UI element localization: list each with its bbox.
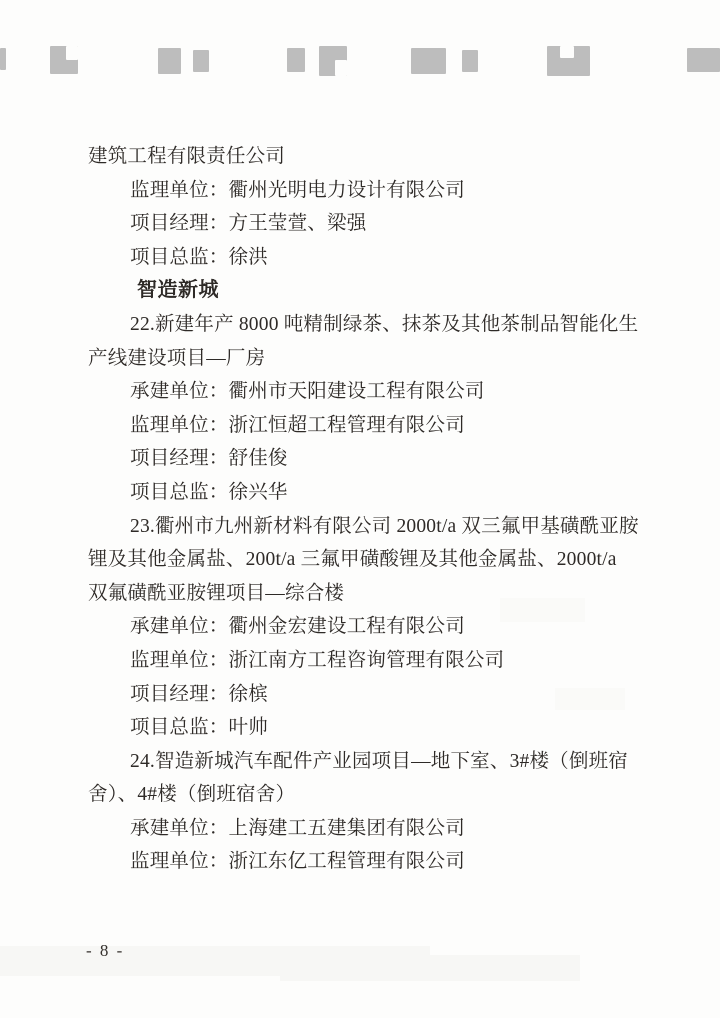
scan-artifact-mark <box>687 48 720 72</box>
scan-artifact-mark <box>287 48 305 72</box>
scan-artifact-mark <box>193 50 209 72</box>
section-header: 智造新城 <box>88 274 673 308</box>
document-line: 建筑工程有限责任公司 <box>88 140 673 174</box>
document-line: 项目经理：方王莹萱、梁强 <box>88 207 673 241</box>
document-line: 项目总监：徐兴华 <box>88 476 673 510</box>
document-line: 项目总监：叶帅 <box>88 711 673 745</box>
scan-artifact-mark <box>66 46 78 60</box>
scan-artifact-mark <box>560 46 574 58</box>
document-line: 舍）、4#楼（倒班宿舍） <box>88 778 673 812</box>
document-line: 22.新建年产 8000 吨精制绿茶、抹茶及其他茶制品智能化生 <box>88 308 673 342</box>
scan-artifact-mark <box>462 50 478 72</box>
scan-artifact-mark <box>411 48 446 74</box>
document-line: 双氟磺酰亚胺锂项目—综合楼 <box>88 577 673 611</box>
document-line: 产线建设项目—厂房 <box>88 342 673 376</box>
document-line: 承建单位：衢州市天阳建设工程有限公司 <box>88 375 673 409</box>
scan-artifact-mark <box>0 48 6 70</box>
scanned-document-page: 建筑工程有限责任公司监理单位：衢州光明电力设计有限公司项目经理：方王莹萱、梁强项… <box>0 0 720 1018</box>
document-line: 23.衢州市九州新材料有限公司 2000t/a 双三氟甲基磺酰亚胺 <box>88 510 673 544</box>
scan-smudge <box>280 955 580 981</box>
document-line: 锂及其他金属盐、200t/a 三氟甲磺酸锂及其他金属盐、2000t/a <box>88 543 673 577</box>
scan-artifact-mark <box>335 60 347 76</box>
document-line: 监理单位：衢州光明电力设计有限公司 <box>88 174 673 208</box>
document-line: 项目经理：舒佳俊 <box>88 442 673 476</box>
document-line: 监理单位：浙江东亿工程管理有限公司 <box>88 845 673 879</box>
scan-artifact-mark <box>158 48 181 74</box>
document-line: 24.智造新城汽车配件产业园项目—地下室、3#楼（倒班宿 <box>88 745 673 779</box>
document-line: 承建单位：衢州金宏建设工程有限公司 <box>88 610 673 644</box>
document-line: 项目总监：徐洪 <box>88 241 673 275</box>
page-number: - 8 - <box>86 941 124 961</box>
document-line: 项目经理：徐槟 <box>88 678 673 712</box>
document-line: 监理单位：浙江南方工程咨询管理有限公司 <box>88 644 673 678</box>
document-line: 承建单位：上海建工五建集团有限公司 <box>88 812 673 846</box>
document-line: 监理单位：浙江恒超工程管理有限公司 <box>88 409 673 443</box>
document-text-block: 建筑工程有限责任公司监理单位：衢州光明电力设计有限公司项目经理：方王莹萱、梁强项… <box>88 140 673 879</box>
